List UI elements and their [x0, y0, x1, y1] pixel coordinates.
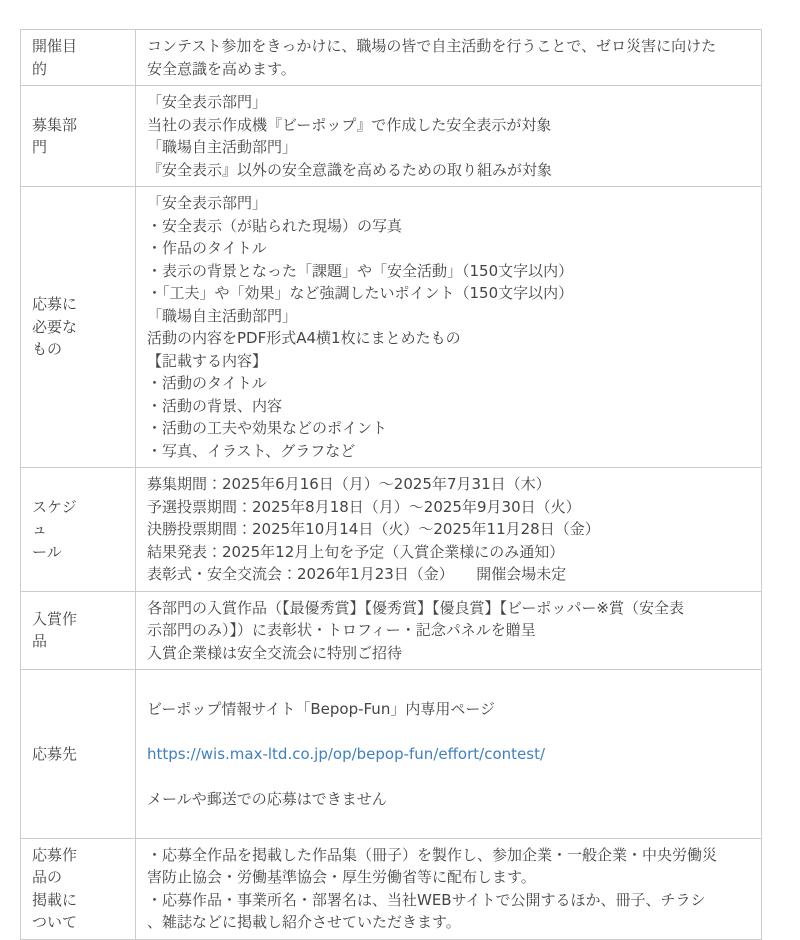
row-content-requirements: 「安全表示部門」 ・安全表示（が貼られた現場）の写真 ・作品のタイトル ・表示の… — [136, 187, 762, 468]
row-header-prizes: 入賞作 品 — [21, 591, 136, 670]
contest-url-link[interactable]: https://wis.max-ltd.co.jp/op/bepop-fun/e… — [147, 743, 749, 766]
row-header-purpose: 開催目 的 — [21, 30, 136, 86]
table-row-apply-to: 応募先 ビーポップ情報サイト「Bepop-Fun」内専用ページ https://… — [21, 670, 762, 839]
row-content-prizes: 各部門の入賞作品（【最優秀賞】【優秀賞】【優良賞】【ビーポッパー※賞（安全表 示… — [136, 591, 762, 670]
row-content-purpose: コンテスト参加をきっかけに、職場の皆で自主活動を行うことで、ゼロ災害に向けた 安… — [136, 30, 762, 86]
row-content-categories: 「安全表示部門」 当社の表示作成機『ビーポップ』で作成した安全表示が対象 「職場… — [136, 86, 762, 187]
row-content-schedule: 募集期間：2025年6月16日（月）～2025年7月31日（木） 予選投票期間：… — [136, 468, 762, 592]
row-header-apply-to: 応募先 — [21, 670, 136, 839]
table-row-prizes: 入賞作 品 各部門の入賞作品（【最優秀賞】【優秀賞】【優良賞】【ビーポッパー※賞… — [21, 591, 762, 670]
row-header-schedule: スケジ ュ ール — [21, 468, 136, 592]
contest-info-table: 開催目 的 コンテスト参加をきっかけに、職場の皆で自主活動を行うことで、ゼロ災害… — [20, 29, 762, 940]
table-row-requirements: 応募に 必要な もの 「安全表示部門」 ・安全表示（が貼られた現場）の写真 ・作… — [21, 187, 762, 468]
table-row-purpose: 開催目 的 コンテスト参加をきっかけに、職場の皆で自主活動を行うことで、ゼロ災害… — [21, 30, 762, 86]
application-site-label: ビーポップ情報サイト「Bepop-Fun」内専用ページ — [147, 698, 749, 721]
row-header-publication: 応募作 品の 掲載に ついて — [21, 838, 136, 939]
table-row-publication: 応募作 品の 掲載に ついて ・応募全作品を掲載した作品集（冊子）を製作し、参加… — [21, 838, 762, 939]
table-row-schedule: スケジ ュ ール 募集期間：2025年6月16日（月）～2025年7月31日（木… — [21, 468, 762, 592]
table-row-categories: 募集部 門 「安全表示部門」 当社の表示作成機『ビーポップ』で作成した安全表示が… — [21, 86, 762, 187]
row-header-categories: 募集部 門 — [21, 86, 136, 187]
no-mail-note: メールや郵送での応募はできません — [147, 788, 749, 811]
row-content-apply-to: ビーポップ情報サイト「Bepop-Fun」内専用ページ https://wis.… — [136, 670, 762, 839]
row-content-publication: ・応募全作品を掲載した作品集（冊子）を製作し、参加企業・一般企業・中央労働災 害… — [136, 838, 762, 939]
page-content: 開催目 的 コンテスト参加をきっかけに、職場の皆で自主活動を行うことで、ゼロ災害… — [0, 0, 800, 940]
row-header-requirements: 応募に 必要な もの — [21, 187, 136, 468]
